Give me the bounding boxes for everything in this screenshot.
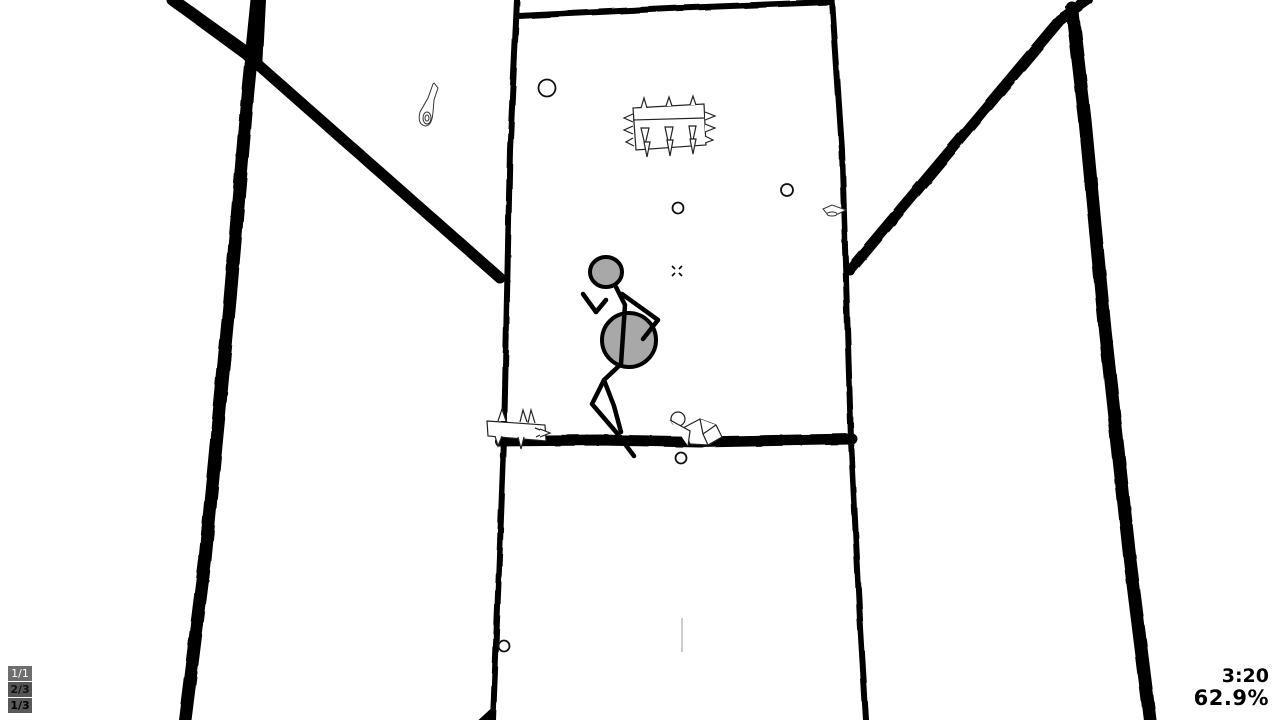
spiked-block-icon [624, 96, 715, 157]
right-pillar [1072, 8, 1150, 720]
bubble-icon [499, 641, 510, 652]
player-arm-back [583, 294, 606, 312]
tower-top-edge [518, 2, 830, 16]
bubble-icon [781, 184, 793, 196]
bubbles [499, 80, 794, 652]
hud-stats: 3:20 62.9% [1194, 666, 1269, 710]
bubble-icon [539, 80, 556, 97]
tower-right-wall [832, 0, 866, 720]
crosshair-icon [672, 266, 682, 276]
progress-percent: 62.9% [1194, 687, 1269, 710]
tower-left-wall [493, 0, 517, 720]
left-pillar [185, 0, 257, 720]
counter-badge: 1/1 [8, 666, 32, 681]
floor-platform [500, 439, 852, 442]
bottle-icon [419, 83, 438, 126]
bubble-icon [676, 453, 687, 464]
held-ball [602, 313, 656, 367]
counter-badge: 1/3 [8, 698, 32, 713]
counter-badge: 2/3 [8, 682, 32, 697]
corner-wedge [480, 708, 493, 720]
game-scene [0, 0, 1280, 720]
player-stick-figure [583, 257, 658, 456]
right-diagonal-beam [850, 0, 1088, 270]
bubble-icon [673, 203, 684, 214]
hud-counters: 1/1 2/3 1/3 [8, 666, 32, 713]
left-diagonal-beam [172, 0, 500, 278]
player-head [590, 257, 622, 287]
timer-readout: 3:20 [1194, 666, 1269, 687]
